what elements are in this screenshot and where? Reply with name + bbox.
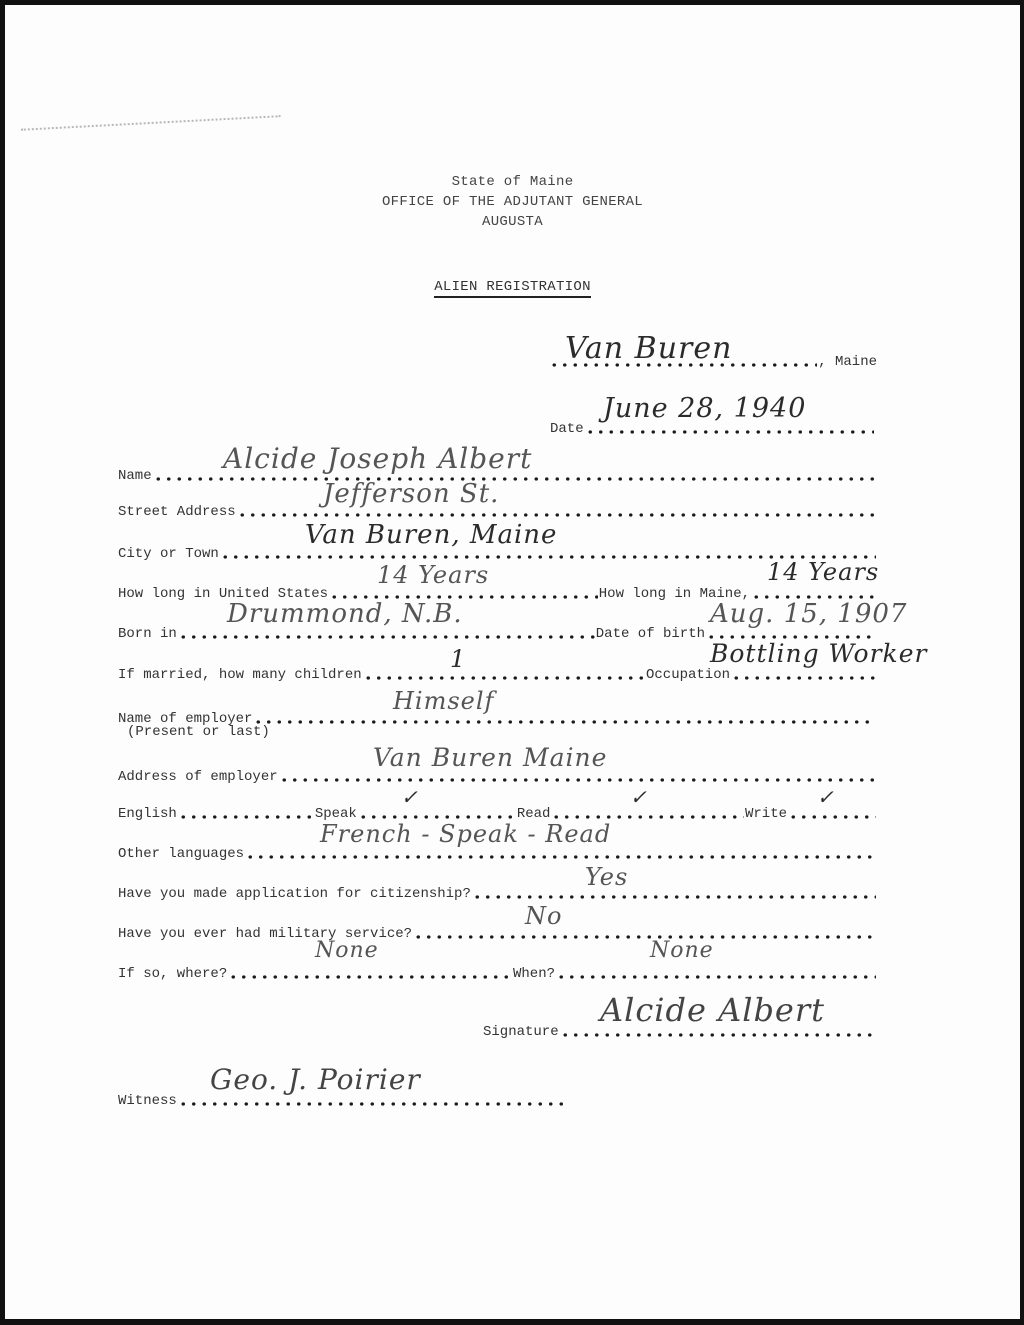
speak-check-handwritten: ✓ [401, 785, 419, 809]
scanned-document-page: State of Maine OFFICE OF THE ADJUTANT GE… [5, 5, 1020, 1319]
city-handwritten: Van Buren, Maine [305, 520, 557, 550]
read-check-handwritten: ✓ [630, 785, 648, 809]
occupation-handwritten: Bottling Worker [710, 639, 927, 668]
military-dotted-line [413, 935, 876, 939]
other-languages-handwritten: French - Speak - Read [320, 820, 611, 848]
employer-address-dotted-line [279, 778, 876, 782]
born-in-label: Born in [118, 626, 177, 642]
military-handwritten: No [525, 902, 562, 930]
witness-handwritten: Geo. J. Poirier [210, 1063, 421, 1096]
born-in-handwritten: Drummond, N.B. [227, 599, 463, 629]
form-title: ALIEN REGISTRATION [5, 277, 1020, 298]
employer-name-dotted-line [253, 720, 876, 724]
date-of-birth-handwritten: Aug. 15, 1907 [710, 599, 907, 629]
english-label: English [118, 806, 177, 822]
speak-dotted-line [358, 815, 516, 819]
children-label: If married, how many children [118, 667, 362, 683]
read-dotted-line [551, 815, 744, 819]
english-row: English Speak Read Write [118, 800, 877, 822]
how-long-maine-handwritten: 14 Years [767, 558, 879, 586]
other-languages-label: Other languages [118, 846, 244, 862]
occupation-dotted-line [731, 676, 876, 680]
document-header: State of Maine OFFICE OF THE ADJUTANT GE… [5, 172, 1020, 232]
citizenship-handwritten: Yes [585, 863, 628, 891]
how-long-us-handwritten: 14 Years [377, 561, 489, 589]
name-dotted-line [153, 477, 876, 481]
header-city: AUGUSTA [5, 212, 1020, 232]
english-dotted-line [178, 815, 314, 819]
header-state: State of Maine [5, 172, 1020, 192]
write-dotted-line [788, 815, 876, 819]
write-check-handwritten: ✓ [817, 785, 835, 809]
date-handwritten: June 28, 1940 [603, 393, 806, 424]
street-address-label: Street Address [118, 504, 236, 520]
location-handwritten: Van Buren [565, 331, 732, 366]
signature-dotted-line [560, 1033, 876, 1037]
when-handwritten: None [650, 938, 714, 963]
signature-label: Signature [483, 1024, 559, 1040]
where-when-row: If so, where? When? [118, 960, 877, 982]
children-dotted-line [363, 676, 645, 680]
where-dotted-line [228, 975, 512, 979]
employer-address-handwritten: Van Buren Maine [373, 743, 607, 772]
street-address-dotted-line [237, 513, 876, 517]
date-label: Date [550, 421, 584, 437]
header-office: OFFICE OF THE ADJUTANT GENERAL [5, 192, 1020, 212]
name-label: Name [118, 468, 152, 484]
military-row: Have you ever had military service? [118, 920, 877, 942]
citizenship-dotted-line [472, 895, 876, 899]
where-handwritten: None [315, 938, 379, 963]
form-title-text: ALIEN REGISTRATION [434, 279, 591, 298]
street-address-handwritten: Jefferson St. [323, 479, 499, 509]
city-label: City or Town [118, 546, 219, 562]
occupation-label: Occupation [646, 667, 730, 683]
name-handwritten: Alcide Joseph Albert [223, 442, 532, 475]
born-in-dotted-line [178, 635, 595, 639]
date-of-birth-label: Date of birth [596, 626, 705, 642]
when-dotted-line [556, 975, 876, 979]
witness-label: Witness [118, 1093, 177, 1109]
location-suffix: , Maine [818, 354, 877, 370]
employer-address-label: Address of employer [118, 769, 278, 785]
employer-name-sublabel: (Present or last) [127, 724, 270, 740]
citizenship-row: Have you made application for citizenshi… [118, 880, 877, 902]
where-label: If so, where? [118, 966, 227, 982]
children-handwritten: 1 [450, 645, 466, 673]
employer-name-handwritten: Himself [393, 687, 494, 715]
scan-artifact-marks [19, 90, 280, 131]
when-label: When? [513, 966, 555, 982]
signature-handwritten: Alcide Albert [600, 991, 825, 1029]
write-label: Write [745, 806, 787, 822]
date-dotted-line [585, 430, 874, 434]
other-languages-dotted-line [245, 855, 876, 859]
witness-dotted-line [178, 1102, 564, 1106]
citizenship-label: Have you made application for citizenshi… [118, 886, 471, 902]
